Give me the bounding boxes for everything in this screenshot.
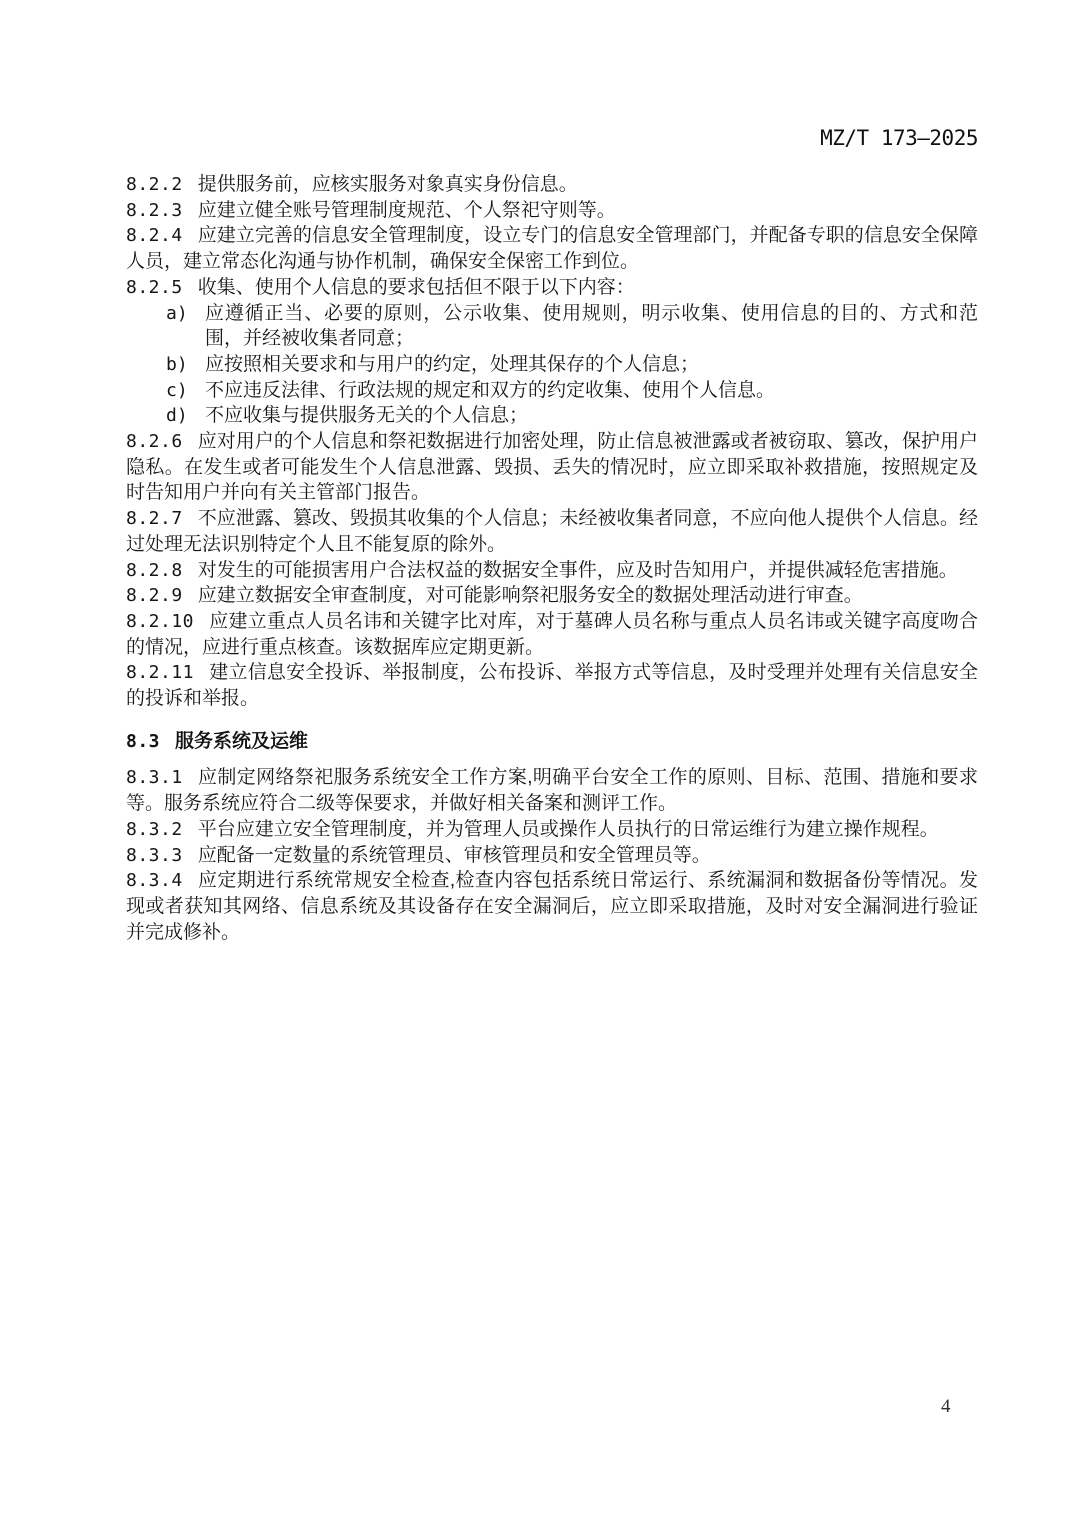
- clause-number: 8.2.5: [126, 277, 183, 298]
- clause-8-2-3: 8.2.3应建立健全账号管理制度规范、个人祭祀守则等。: [126, 198, 978, 224]
- clause-8-2-6: 8.2.6应对用户的个人信息和祭祀数据进行加密处理，防止信息被泄露或者被窃取、篡…: [126, 429, 978, 506]
- list-marker: d): [166, 403, 205, 429]
- list-item-c: c)不应违反法律、行政法规的规定和双方的约定收集、使用个人信息。: [126, 378, 978, 404]
- page-header: MZ/T 173—2025: [126, 126, 978, 150]
- heading-text: 服务系统及运维: [175, 731, 308, 752]
- list-item-text: 不应收集与提供服务无关的个人信息；: [205, 403, 978, 429]
- clause-8-3-3: 8.3.3应配备一定数量的系统管理员、审核管理员和安全管理员等。: [126, 843, 978, 869]
- clause-8-2-9: 8.2.9应建立数据安全审查制度，对可能影响祭祀服务安全的数据处理活动进行审查。: [126, 583, 978, 609]
- clause-number: 8.2.8: [126, 560, 183, 581]
- clause-text: 不应泄露、篡改、毁损其收集的个人信息；未经被收集者同意，不应向他人提供个人信息。…: [126, 508, 978, 555]
- list-item-d: d)不应收集与提供服务无关的个人信息；: [126, 403, 978, 429]
- clause-number: 8.3.2: [126, 819, 183, 840]
- page-footer: 4: [941, 1396, 951, 1418]
- list-item-b: b)应按照相关要求和与用户的约定，处理其保存的个人信息；: [126, 352, 978, 378]
- clause-number: 8.2.11: [126, 662, 194, 683]
- clause-number: 8.2.7: [126, 508, 183, 529]
- page-number: 4: [941, 1396, 951, 1417]
- clause-text: 平台应建立安全管理制度，并为管理人员或操作人员执行的日常运维行为建立操作规程。: [198, 819, 939, 840]
- clause-text: 提供服务前，应核实服务对象真实身份信息。: [198, 174, 578, 195]
- clause-8-2-5: 8.2.5收集、使用个人信息的要求包括但不限于以下内容：: [126, 275, 978, 301]
- clause-number: 8.2.6: [126, 431, 183, 452]
- clause-text: 应建立健全账号管理制度规范、个人祭祀守则等。: [198, 200, 616, 221]
- list-marker: c): [166, 378, 205, 404]
- clause-text: 对发生的可能损害用户合法权益的数据安全事件，应及时告知用户，并提供减轻危害措施。: [198, 560, 958, 581]
- clause-text: 收集、使用个人信息的要求包括但不限于以下内容：: [198, 277, 635, 298]
- clause-8-2-8: 8.2.8对发生的可能损害用户合法权益的数据安全事件，应及时告知用户，并提供减轻…: [126, 558, 978, 584]
- clause-number: 8.3.1: [126, 767, 183, 788]
- clause-number: 8.2.2: [126, 174, 183, 195]
- list-marker: a): [166, 301, 205, 352]
- clause-8-3-1: 8.3.1应制定网络祭祀服务系统安全工作方案,明确平台安全工作的原则、目标、范围…: [126, 765, 978, 816]
- clause-number: 8.3.4: [126, 870, 183, 891]
- list-marker: b): [166, 352, 205, 378]
- heading-number: 8.3: [126, 731, 160, 752]
- clause-text: 应建立完善的信息安全管理制度，设立专门的信息安全管理部门，并配备专职的信息安全保…: [126, 225, 978, 272]
- clause-number: 8.2.3: [126, 200, 183, 221]
- list-item-a: a)应遵循正当、必要的原则，公示收集、使用规则，明示收集、使用信息的目的、方式和…: [126, 301, 978, 352]
- clause-8-2-4: 8.2.4应建立完善的信息安全管理制度，设立专门的信息安全管理部门，并配备专职的…: [126, 223, 978, 274]
- document-code: MZ/T 173—2025: [820, 126, 978, 150]
- clause-number: 8.3.3: [126, 845, 183, 866]
- document-page: MZ/T 173—2025 8.2.2提供服务前，应核实服务对象真实身份信息。 …: [0, 0, 1074, 1520]
- clause-text: 应建立重点人员名讳和关键字比对库，对于墓碑人员名称与重点人员名讳或关键字高度吻合…: [126, 611, 978, 658]
- clause-8-3-4: 8.3.4应定期进行系统常规安全检查,检查内容包括系统日常运行、系统漏洞和数据备…: [126, 868, 978, 945]
- clause-8-2-10: 8.2.10应建立重点人员名讳和关键字比对库，对于墓碑人员名称与重点人员名讳或关…: [126, 609, 978, 660]
- clause-text: 应制定网络祭祀服务系统安全工作方案,明确平台安全工作的原则、目标、范围、措施和要…: [126, 767, 978, 814]
- list-item-text: 应遵循正当、必要的原则，公示收集、使用规则，明示收集、使用信息的目的、方式和范围…: [205, 301, 978, 352]
- list-item-text: 不应违反法律、行政法规的规定和双方的约定收集、使用个人信息。: [205, 378, 978, 404]
- clause-text: 应对用户的个人信息和祭祀数据进行加密处理，防止信息被泄露或者被窃取、篡改，保护用…: [126, 431, 978, 503]
- section-heading-8-3: 8.3服务系统及运维: [126, 729, 978, 755]
- clause-text: 应定期进行系统常规安全检查,检查内容包括系统日常运行、系统漏洞和数据备份等情况。…: [126, 870, 978, 942]
- clause-8-2-2: 8.2.2提供服务前，应核实服务对象真实身份信息。: [126, 172, 978, 198]
- clause-number: 8.2.9: [126, 585, 183, 606]
- clause-text: 建立信息安全投诉、举报制度，公布投诉、举报方式等信息，及时受理并处理有关信息安全…: [126, 662, 978, 709]
- clause-8-2-11: 8.2.11建立信息安全投诉、举报制度，公布投诉、举报方式等信息，及时受理并处理…: [126, 660, 978, 711]
- clause-text: 应建立数据安全审查制度，对可能影响祭祀服务安全的数据处理活动进行审查。: [198, 585, 863, 606]
- clause-8-2-7: 8.2.7不应泄露、篡改、毁损其收集的个人信息；未经被收集者同意，不应向他人提供…: [126, 506, 978, 557]
- clause-text: 应配备一定数量的系统管理员、审核管理员和安全管理员等。: [198, 845, 711, 866]
- clause-number: 8.2.10: [126, 611, 194, 632]
- list-item-text: 应按照相关要求和与用户的约定，处理其保存的个人信息；: [205, 352, 978, 378]
- document-body: 8.2.2提供服务前，应核实服务对象真实身份信息。 8.2.3应建立健全账号管理…: [126, 172, 978, 945]
- clause-number: 8.2.4: [126, 225, 183, 246]
- clause-8-3-2: 8.3.2平台应建立安全管理制度，并为管理人员或操作人员执行的日常运维行为建立操…: [126, 817, 978, 843]
